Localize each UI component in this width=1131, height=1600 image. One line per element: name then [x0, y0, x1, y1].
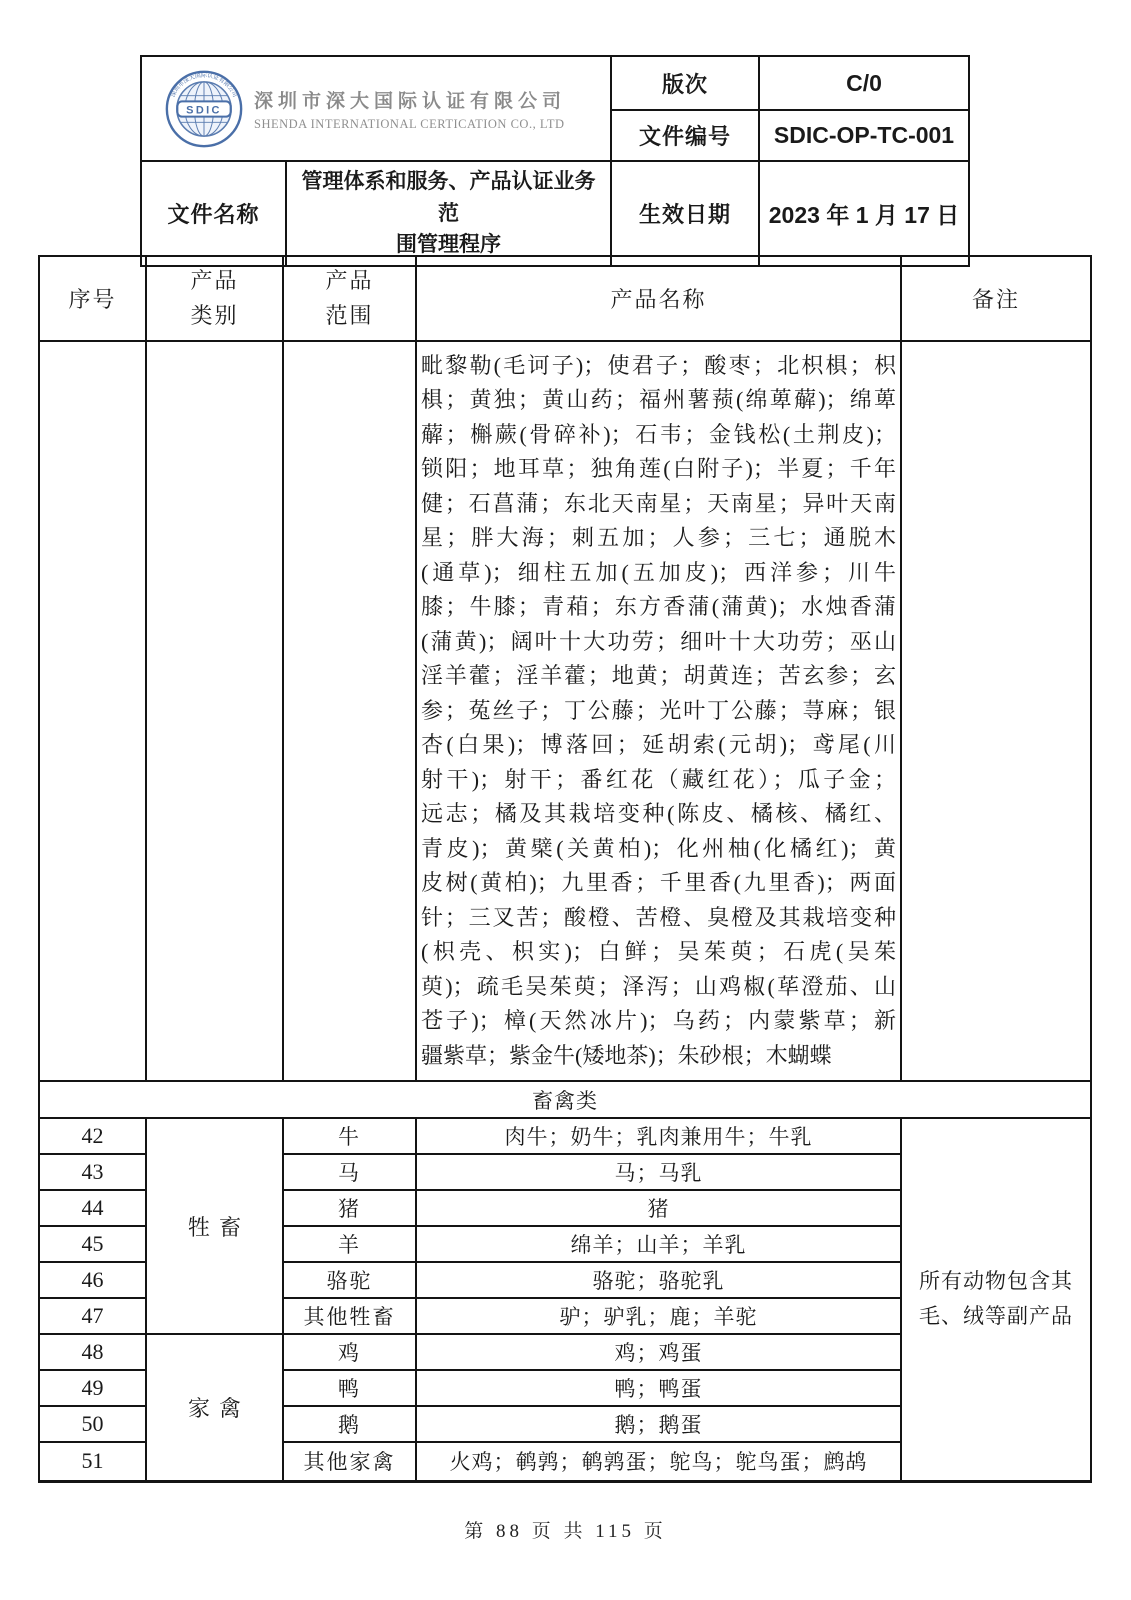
version-value: C/0	[759, 56, 969, 110]
product-name-cell: 绵羊；山羊；羊乳	[416, 1226, 901, 1262]
document-page: 深圳市深大国际认证有限公司 SDIC 深圳市深大国际认证有限公司	[0, 0, 1131, 1600]
herb-line: (通草)；细柱五加(五加皮)；西洋参；川牛	[421, 556, 896, 591]
section-label: 畜禽类	[39, 1081, 1091, 1118]
globe-icon: 深圳市深大国际认证有限公司 SDIC	[164, 69, 244, 149]
herb-line: 射干)；射干；番红花（藏红花）；瓜子金；	[421, 763, 896, 798]
herb-names-cell: 毗黎勒(毛诃子)；使君子；酸枣；北枳椇；枳 椇；黄独；黄山药；福州薯蓣(绵萆薢)…	[416, 341, 901, 1081]
logo-cell: 深圳市深大国际认证有限公司 SDIC 深圳市深大国际认证有限公司	[141, 56, 611, 161]
empty-scope-cell	[283, 341, 416, 1081]
herb-line: 皮树(黄柏)；九里香；千里香(九里香)；两面	[421, 866, 896, 901]
effective-date-label: 生效日期	[611, 161, 759, 266]
product-name-cell: 马；马乳	[416, 1154, 901, 1190]
serial-cell: 45	[39, 1226, 146, 1262]
logo-abbr-text: SDIC	[186, 104, 222, 116]
header-category: 产品 类别	[146, 256, 283, 341]
header-row-1: 深圳市深大国际认证有限公司 SDIC 深圳市深大国际认证有限公司	[141, 56, 969, 110]
herb-line: 参；菟丝子；丁公藤；光叶丁公藤；荨麻；银	[421, 694, 896, 729]
scope-cell: 猪	[283, 1190, 416, 1226]
empty-remark-cell	[901, 341, 1091, 1081]
company-names: 深圳市深大国际认证有限公司 SHENDA INTERNATIONAL CERTI…	[254, 86, 566, 132]
category-poultry-cell: 家禽	[146, 1334, 283, 1481]
herb-line: 星；胖大海；刺五加；人参；三七；通脱木	[421, 521, 896, 556]
serial-cell: 51	[39, 1442, 146, 1481]
scope-cell: 其他家禽	[283, 1442, 416, 1481]
scope-cell: 马	[283, 1154, 416, 1190]
herb-line: 健；石菖蒲；东北天南星；天南星；异叶天南	[421, 487, 896, 522]
serial-cell: 50	[39, 1406, 146, 1442]
remark-cell: 所有动物包含其 毛、绒等副产品	[901, 1118, 1091, 1481]
product-scope-table: 序号 产品 类别 产品 范围 产品名称 备注 毗黎勒(毛诃子)；使君子；酸枣；北…	[38, 255, 1092, 1483]
header-scope: 产品 范围	[283, 256, 416, 341]
herb-line: 疆紫草；紫金牛(矮地茶)；朱砂根；木蝴蝶	[421, 1039, 896, 1074]
product-name-cell: 骆驼；骆驼乳	[416, 1262, 901, 1298]
doc-name-value: 管理体系和服务、产品认证业务范 围管理程序	[286, 161, 611, 266]
header-product-name: 产品名称	[416, 256, 901, 341]
company-logo: 深圳市深大国际认证有限公司 SDIC 深圳市深大国际认证有限公司	[142, 61, 610, 157]
herb-line: 杏(白果)；博落回；延胡索(元胡)；鸢尾(川	[421, 728, 896, 763]
herb-line: 薢；槲蕨(骨碎补)；石韦；金钱松(土荆皮)；	[421, 418, 896, 453]
version-label: 版次	[611, 56, 759, 110]
herb-line: (枳壳、枳实)；白鲜；吴茱萸；石虎(吴茱	[421, 935, 896, 970]
category-livestock-cell: 牲畜	[146, 1118, 283, 1334]
effective-date-value: 2023 年 1 月 17 日	[759, 161, 969, 266]
serial-cell: 44	[39, 1190, 146, 1226]
herb-line: (蒲黄)；阔叶十大功劳；细叶十大功劳；巫山	[421, 625, 896, 660]
scope-cell: 骆驼	[283, 1262, 416, 1298]
product-name-cell: 火鸡；鹌鹑；鹌鹑蛋；鸵鸟；鸵鸟蛋；鹧鸪	[416, 1442, 901, 1481]
herb-line: 萸)；疏毛吴茱萸；泽泻；山鸡椒(荜澄茄、山	[421, 970, 896, 1005]
scope-cell: 鸡	[283, 1334, 416, 1370]
herb-line: 远志；橘及其栽培变种(陈皮、橘核、橘红、	[421, 797, 896, 832]
scope-cell: 其他牲畜	[283, 1298, 416, 1334]
serial-cell: 42	[39, 1118, 146, 1154]
table-header-row: 序号 产品 类别 产品 范围 产品名称 备注	[39, 256, 1091, 341]
section-row: 畜禽类	[39, 1081, 1091, 1118]
company-name-en: SHENDA INTERNATIONAL CERTICATION CO., LT…	[254, 117, 566, 132]
header-table: 深圳市深大国际认证有限公司 SDIC 深圳市深大国际认证有限公司	[140, 55, 970, 267]
doc-number-label: 文件编号	[611, 110, 759, 161]
serial-cell: 46	[39, 1262, 146, 1298]
herb-line: 毗黎勒(毛诃子)；使君子；酸枣；北枳椇；枳	[421, 349, 896, 384]
company-name-cn: 深圳市深大国际认证有限公司	[254, 86, 566, 113]
scope-cell: 羊	[283, 1226, 416, 1262]
product-name-cell: 鹅；鹅蛋	[416, 1406, 901, 1442]
product-name-cell: 肉牛；奶牛；乳肉兼用牛；牛乳	[416, 1118, 901, 1154]
scope-cell: 牛	[283, 1118, 416, 1154]
header-remark: 备注	[901, 256, 1091, 341]
empty-category-cell	[146, 341, 283, 1081]
serial-cell: 48	[39, 1334, 146, 1370]
serial-cell: 49	[39, 1370, 146, 1406]
serial-cell: 43	[39, 1154, 146, 1190]
herb-line: 针；三叉苦；酸橙、苦橙、臭橙及其栽培变种	[421, 901, 896, 936]
page-number: 第 88 页 共 115 页	[0, 1516, 1131, 1543]
herb-line: 苍子)；樟(天然冰片)；乌药；内蒙紫草；新	[421, 1004, 896, 1039]
doc-name-label: 文件名称	[141, 161, 286, 266]
product-name-cell: 鸭；鸭蛋	[416, 1370, 901, 1406]
herb-line: 椇；黄独；黄山药；福州薯蓣(绵萆薢)；绵萆	[421, 383, 896, 418]
table-row: 42 牲畜 牛 肉牛；奶牛；乳肉兼用牛；牛乳 所有动物包含其 毛、绒等副产品	[39, 1118, 1091, 1154]
product-name-cell: 鸡；鸡蛋	[416, 1334, 901, 1370]
empty-serial-cell	[39, 341, 146, 1081]
herb-line: 膝；牛膝；青葙；东方香蒲(蒲黄)；水烛香蒲	[421, 590, 896, 625]
scope-cell: 鸭	[283, 1370, 416, 1406]
herb-line: 青皮)；黄檗(关黄柏)；化州柚(化橘红)；黄	[421, 832, 896, 867]
scope-cell: 鹅	[283, 1406, 416, 1442]
product-name-cell: 驴；驴乳；鹿；羊驼	[416, 1298, 901, 1334]
herb-row: 毗黎勒(毛诃子)；使君子；酸枣；北枳椇；枳 椇；黄独；黄山药；福州薯蓣(绵萆薢)…	[39, 341, 1091, 1081]
herb-line: 淫羊藿；淫羊藿；地黄；胡黄连；苦玄参；玄	[421, 659, 896, 694]
herb-line: 锁阳；地耳草；独角莲(白附子)；半夏；千年	[421, 452, 896, 487]
header-row-3: 文件名称 管理体系和服务、产品认证业务范 围管理程序 生效日期 2023 年 1…	[141, 161, 969, 266]
serial-cell: 47	[39, 1298, 146, 1334]
header-serial: 序号	[39, 256, 146, 341]
product-name-cell: 猪	[416, 1190, 901, 1226]
doc-number-value: SDIC-OP-TC-001	[759, 110, 969, 161]
